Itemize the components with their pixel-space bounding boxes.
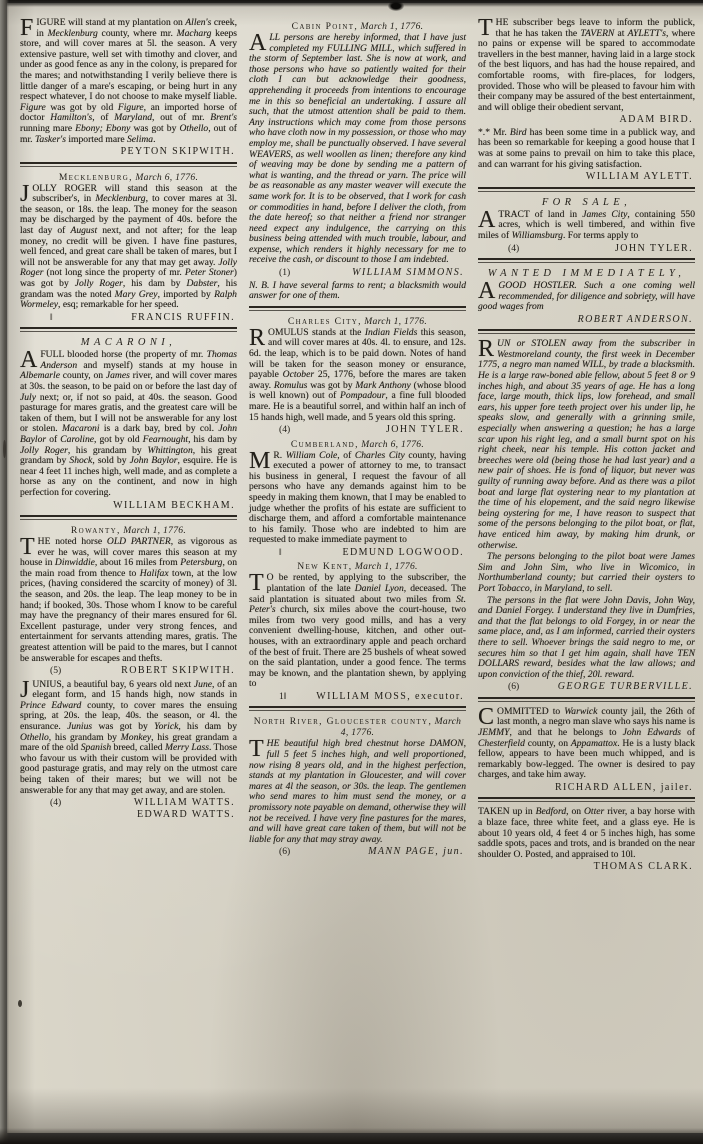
signature-row: WILLIAM AYLETT. bbox=[478, 171, 695, 183]
ad-signatures: WILLIAM BECKHAM. bbox=[20, 500, 237, 512]
dateline-date: March 6, 1776. bbox=[135, 172, 198, 183]
paragraph-text: OMMITTED to Warwick county jail, the 26t… bbox=[478, 706, 695, 781]
signature-row: (4)JOHN TYLER. bbox=[249, 424, 466, 436]
ad-paragraph: *.* Mr. Bird has been some time in a pub… bbox=[478, 128, 695, 170]
signature-row: PEYTON SKIPWITH. bbox=[20, 146, 237, 158]
ad-number-marker: (6) bbox=[279, 846, 290, 858]
ad-headline: WANTED IMMEDIATELY, bbox=[478, 268, 695, 280]
section-rule bbox=[478, 329, 695, 334]
ad-body: THE beautiful high bred chestnut horse D… bbox=[249, 739, 466, 845]
ad-signatures: (4)JOHN TYLER. bbox=[478, 243, 695, 255]
ad-signatures: (1)WILLIAM SIMMONS. bbox=[249, 267, 466, 279]
ad-signatures: PEYTON SKIPWITH. bbox=[20, 146, 237, 158]
ad-signatures: ‖EDMUND LOGWOOD. bbox=[249, 547, 466, 559]
ad-body: AFULL blooded horse (the property of mr.… bbox=[20, 350, 237, 498]
advertisement: MACARONI, AFULL blooded horse (the prope… bbox=[20, 337, 237, 520]
section-rule bbox=[478, 697, 695, 702]
page-left-edge-shadow bbox=[0, 0, 9, 1144]
ad-postscript: *.* Mr. Bird has been some time in a pub… bbox=[478, 128, 695, 170]
advertisement: FIGURE will stand at my plantation on Al… bbox=[20, 18, 237, 167]
advertisement: WANTED IMMEDIATELY, AGOOD HOSTLER. Such … bbox=[478, 268, 695, 334]
ad-headline: FOR SALE, bbox=[478, 197, 695, 209]
signatory-name: WILLIAM MOSS, executor. bbox=[316, 691, 466, 703]
section-rule bbox=[20, 162, 237, 167]
ad-number-marker: (4) bbox=[279, 424, 290, 436]
signatory-name: JOHN TYLER. bbox=[386, 424, 466, 436]
dateline-place: New Kent, bbox=[297, 561, 352, 572]
ad-paragraph: ALL persons are hereby informed, that I … bbox=[249, 33, 466, 266]
ad-paragraph: AFULL blooded horse (the property of mr.… bbox=[20, 350, 237, 498]
signatory-name: WILLIAM SIMMONS. bbox=[352, 267, 466, 279]
ad-dateline: Rowanty, March 1, 1776. bbox=[20, 525, 237, 536]
signatory-name: WILLIAM WATTS. bbox=[134, 797, 237, 809]
ad-signatures: (6)GEORGE TURBERVILLE. bbox=[478, 681, 695, 693]
column-2: Cabin Point, March 1, 1776. ALL persons … bbox=[249, 18, 466, 876]
advertisement: Rowanty, March 1, 1776. THE noted horse … bbox=[20, 525, 237, 677]
section-rule bbox=[20, 515, 237, 520]
drop-cap: R bbox=[478, 339, 497, 359]
paragraph-text: GOOD HOSTLER. Such a one coming well rec… bbox=[478, 280, 695, 312]
ad-paragraph: MR. William Cole, of Charles City county… bbox=[249, 451, 466, 546]
ad-signatures: 1‖WILLIAM MOSS, executor. bbox=[249, 691, 466, 703]
ad-body: THE noted horse OLD PARTNER, as vigorous… bbox=[20, 537, 237, 664]
ad-signatures: (4)JOHN TYLER. bbox=[249, 424, 466, 436]
dateline-date: March 1, 1776. bbox=[123, 525, 186, 536]
ad-body: FIGURE will stand at my plantation on Al… bbox=[20, 18, 237, 145]
ad-number-marker: (6) bbox=[508, 681, 519, 693]
drop-cap: A bbox=[478, 281, 498, 301]
advertisement: Charles City, March 1, 1776. ROMULUS sta… bbox=[249, 316, 466, 436]
signatory-name: PEYTON SKIPWITH. bbox=[121, 146, 237, 158]
ad-paragraph: AGOOD HOSTLER. Such a one coming well re… bbox=[478, 281, 695, 313]
dateline-date: March 1, 1776. bbox=[361, 21, 424, 32]
ad-dateline: North River, Gloucester county, March 4,… bbox=[249, 716, 466, 738]
ad-signatures: RICHARD ALLEN, jailer. bbox=[478, 782, 695, 794]
column-3: THE subscriber begs leave to inform the … bbox=[478, 18, 695, 876]
signatory-name: THOMAS CLARK. bbox=[594, 861, 695, 873]
drop-cap: T bbox=[249, 573, 267, 593]
ad-body: TO be rented, by applying to the subscri… bbox=[249, 573, 466, 690]
ad-number-marker: (4) bbox=[50, 797, 61, 809]
ad-postscript: N. B. I have several farms to rent; a bl… bbox=[249, 281, 466, 302]
paragraph-text: HE beautiful high bred chestnut horse DA… bbox=[249, 738, 466, 844]
drop-cap: T bbox=[20, 537, 38, 557]
ad-paragraph: JUNIUS, a beautiful bay, 6 years old nex… bbox=[20, 680, 237, 797]
dateline-place: Rowanty, bbox=[71, 525, 121, 536]
ad-paragraph: JOLLY ROGER will stand this season at th… bbox=[20, 184, 237, 311]
dateline-date: March 1, 1776. bbox=[355, 561, 418, 572]
ad-body: ATRACT of land in James City, containing… bbox=[478, 210, 695, 242]
ad-signatures: (4)WILLIAM WATTS.EDWARD WATTS. bbox=[20, 797, 237, 820]
advertisement: Cabin Point, March 1, 1776. ALL persons … bbox=[249, 21, 466, 311]
advertisement: COMMITTED to Warwick county jail, the 26… bbox=[478, 707, 695, 803]
signature-row: (4)WILLIAM WATTS. bbox=[20, 797, 237, 809]
signatory-name: JOHN TYLER. bbox=[615, 243, 695, 255]
ink-blot bbox=[388, 1, 404, 11]
signature-row: RICHARD ALLEN, jailer. bbox=[478, 782, 695, 794]
drop-cap: J bbox=[20, 184, 32, 204]
ad-body: JUNIUS, a beautiful bay, 6 years old nex… bbox=[20, 680, 237, 797]
ad-paragraph: THE subscriber begs leave to inform the … bbox=[478, 18, 695, 113]
ad-number-marker: 1‖ bbox=[279, 691, 287, 703]
drop-cap: M bbox=[249, 451, 273, 471]
ad-paragraph: ATRACT of land in James City, containing… bbox=[478, 210, 695, 242]
ad-body: MR. William Cole, of Charles City county… bbox=[249, 451, 466, 546]
advertisement: JUNIUS, a beautiful bay, 6 years old nex… bbox=[20, 680, 237, 821]
signature-row: (4)JOHN TYLER. bbox=[478, 243, 695, 255]
dateline-place: Mecklenburg, bbox=[59, 172, 133, 183]
signature-row: ‖FRANCIS RUFFIN. bbox=[20, 312, 237, 324]
section-rule bbox=[478, 258, 695, 263]
dateline-place: Charles City, bbox=[288, 316, 362, 327]
ad-paragraph: TAKEN up in Bedford, on Otter river, a b… bbox=[478, 807, 695, 860]
ad-signatures: (5)ROBERT SKIPWITH. bbox=[20, 665, 237, 677]
ad-dateline: Cabin Point, March 1, 1776. bbox=[249, 21, 466, 32]
ad-dateline: New Kent, March 1, 1776. bbox=[249, 561, 466, 572]
signatory-name: ROBERT ANDERSON. bbox=[578, 314, 695, 326]
signature-row: ‖EDMUND LOGWOOD. bbox=[249, 547, 466, 559]
signature-row: THOMAS CLARK. bbox=[478, 861, 695, 873]
ad-signatures: (6)MANN PAGE, jun. bbox=[249, 846, 466, 858]
ad-signatures: ROBERT ANDERSON. bbox=[478, 314, 695, 326]
ad-paragraph: The persons in the flat were John Davis,… bbox=[478, 596, 695, 681]
ad-dateline: Charles City, March 1, 1776. bbox=[249, 316, 466, 327]
ad-signatures: THOMAS CLARK. bbox=[478, 861, 695, 873]
paragraph-text: OMULUS stands at the Indian Fields this … bbox=[249, 327, 466, 423]
signature-row: (6)MANN PAGE, jun. bbox=[249, 846, 466, 858]
ad-paragraph: COMMITTED to Warwick county jail, the 26… bbox=[478, 707, 695, 781]
drop-cap: A bbox=[478, 210, 498, 230]
advertisement: Cumberland, March 6, 1776. MR. William C… bbox=[249, 439, 466, 559]
signature-row: (5)ROBERT SKIPWITH. bbox=[20, 665, 237, 677]
paragraph-text: O be rented, by applying to the subscrib… bbox=[249, 572, 466, 689]
signatory-name: MANN PAGE, jun. bbox=[368, 846, 466, 858]
columns-container: FIGURE will stand at my plantation on Al… bbox=[7, 3, 703, 882]
paragraph-text: OLLY ROGER will stand this season at the… bbox=[20, 183, 237, 311]
signature-row: ROBERT ANDERSON. bbox=[478, 314, 695, 326]
signature-row: 1‖WILLIAM MOSS, executor. bbox=[249, 691, 466, 703]
signature-row: WILLIAM BECKHAM. bbox=[20, 500, 237, 512]
page-bottom-edge-shadow bbox=[0, 1128, 703, 1144]
column-1: FIGURE will stand at my plantation on Al… bbox=[20, 18, 237, 876]
drop-cap: J bbox=[20, 680, 32, 700]
signature-row: EDWARD WATTS. bbox=[20, 809, 237, 821]
drop-cap: C bbox=[478, 707, 497, 727]
signatory-name: EDWARD WATTS. bbox=[137, 809, 237, 821]
ad-paragraph: RUN or STOLEN away from the subscriber i… bbox=[478, 339, 695, 551]
drop-cap: A bbox=[249, 33, 269, 53]
dateline-place: Cumberland, bbox=[291, 439, 359, 450]
signatory-name: WILLIAM AYLETT. bbox=[586, 171, 695, 183]
ad-headline: MACARONI, bbox=[20, 337, 237, 349]
ad-body: ROMULUS stands at the Indian Fields this… bbox=[249, 328, 466, 423]
ad-number-marker: ‖ bbox=[50, 312, 53, 324]
signature-row: (1)WILLIAM SIMMONS. bbox=[249, 267, 466, 279]
signature-row: (6)GEORGE TURBERVILLE. bbox=[478, 681, 695, 693]
dateline-date: March 1, 1776. bbox=[364, 316, 427, 327]
ad-signatures: ADAM BIRD. bbox=[478, 114, 695, 126]
signatory-name: RICHARD ALLEN, jailer. bbox=[555, 782, 695, 794]
ad-dateline: Cumberland, March 6, 1776. bbox=[249, 439, 466, 450]
ad-body: TAKEN up in Bedford, on Otter river, a b… bbox=[478, 807, 695, 860]
ad-paragraph: N. B. I have several farms to rent; a bl… bbox=[249, 281, 466, 302]
ad-number-marker: (5) bbox=[50, 665, 61, 677]
dateline-date: March 6, 1776. bbox=[361, 439, 424, 450]
ad-paragraph: THE beautiful high bred chestnut horse D… bbox=[249, 739, 466, 845]
ad-body: AGOOD HOSTLER. Such a one coming well re… bbox=[478, 281, 695, 313]
ad-signatures: ‖FRANCIS RUFFIN. bbox=[20, 312, 237, 324]
ink-speck bbox=[18, 1000, 22, 1007]
ad-body: JOLLY ROGER will stand this season at th… bbox=[20, 184, 237, 311]
drop-cap: A bbox=[20, 350, 40, 370]
section-rule bbox=[478, 187, 695, 192]
paragraph-text: R. William Cole, of Charles City county,… bbox=[249, 450, 466, 546]
advertisement: RUN or STOLEN away from the subscriber i… bbox=[478, 339, 695, 702]
drop-cap: R bbox=[249, 328, 268, 348]
paragraph-text: UNIUS, a beautiful bay, 6 years old next… bbox=[20, 679, 237, 796]
dateline-place: Cabin Point, bbox=[292, 21, 359, 32]
signatory-name: ROBERT SKIPWITH. bbox=[121, 665, 237, 677]
advertisement: North River, Gloucester county, March 4,… bbox=[249, 716, 466, 857]
signatory-name: WILLIAM BECKHAM. bbox=[113, 500, 237, 512]
ink-speck bbox=[3, 440, 6, 458]
paragraph-text: IGURE will stand at my plantation on All… bbox=[20, 17, 237, 145]
ad-paragraph: The persons belonging to the pilot boat … bbox=[478, 552, 695, 594]
paragraph-text: LL persons are hereby informed, that I h… bbox=[249, 32, 466, 265]
drop-cap: T bbox=[478, 18, 496, 38]
ad-paragraph: THE noted horse OLD PARTNER, as vigorous… bbox=[20, 537, 237, 664]
ad-body: ALL persons are hereby informed, that I … bbox=[249, 33, 466, 266]
advertisement: TAKEN up in Bedford, on Otter river, a b… bbox=[478, 807, 695, 872]
ad-dateline: Mecklenburg, March 6, 1776. bbox=[20, 172, 237, 183]
section-rule bbox=[249, 706, 466, 711]
section-rule bbox=[478, 797, 695, 802]
drop-cap: T bbox=[249, 739, 267, 759]
dateline-place: North River, Gloucester county, bbox=[254, 716, 433, 727]
paragraph-text: HE noted horse OLD PARTNER, as vigorous … bbox=[20, 536, 237, 664]
ad-body: COMMITTED to Warwick county jail, the 26… bbox=[478, 707, 695, 781]
paragraph-text: TRACT of land in James City, containing … bbox=[478, 209, 695, 241]
ad-postscript-signatures: WILLIAM AYLETT. bbox=[478, 171, 695, 183]
ad-number-marker: (1) bbox=[279, 267, 290, 279]
signatory-name: FRANCIS RUFFIN. bbox=[131, 312, 237, 324]
section-rule bbox=[20, 327, 237, 332]
advertisement: FOR SALE, ATRACT of land in James City, … bbox=[478, 197, 695, 263]
ad-body: THE subscriber begs leave to inform the … bbox=[478, 18, 695, 113]
newspaper-page: FIGURE will stand at my plantation on Al… bbox=[7, 3, 703, 1133]
page-top-edge-shadow bbox=[0, 0, 703, 7]
ad-number-marker: (4) bbox=[508, 243, 519, 255]
section-rule bbox=[249, 306, 466, 311]
signature-row: ADAM BIRD. bbox=[478, 114, 695, 126]
advertisement: New Kent, March 1, 1776. TO be rented, b… bbox=[249, 561, 466, 711]
signatory-name: ADAM BIRD. bbox=[620, 114, 695, 126]
advertisement: THE subscriber begs leave to inform the … bbox=[478, 18, 695, 192]
paragraph-text: UN or STOLEN away from the subscriber in… bbox=[478, 338, 695, 550]
ad-paragraph: FIGURE will stand at my plantation on Al… bbox=[20, 18, 237, 145]
paragraph-text: HE subscriber begs leave to inform the p… bbox=[478, 17, 695, 113]
ad-paragraph: ROMULUS stands at the Indian Fields this… bbox=[249, 328, 466, 423]
drop-cap: F bbox=[20, 18, 36, 38]
signatory-name: GEORGE TURBERVILLE. bbox=[558, 681, 695, 693]
signatory-name: EDMUND LOGWOOD. bbox=[342, 547, 466, 559]
paragraph-text: FULL blooded horse (the property of mr. … bbox=[20, 349, 237, 498]
ad-paragraph: TO be rented, by applying to the subscri… bbox=[249, 573, 466, 690]
ink-speck bbox=[647, 300, 649, 302]
ad-number-marker: ‖ bbox=[279, 547, 282, 559]
ad-body: RUN or STOLEN away from the subscriber i… bbox=[478, 339, 695, 680]
advertisement: Mecklenburg, March 6, 1776. JOLLY ROGER … bbox=[20, 172, 237, 333]
